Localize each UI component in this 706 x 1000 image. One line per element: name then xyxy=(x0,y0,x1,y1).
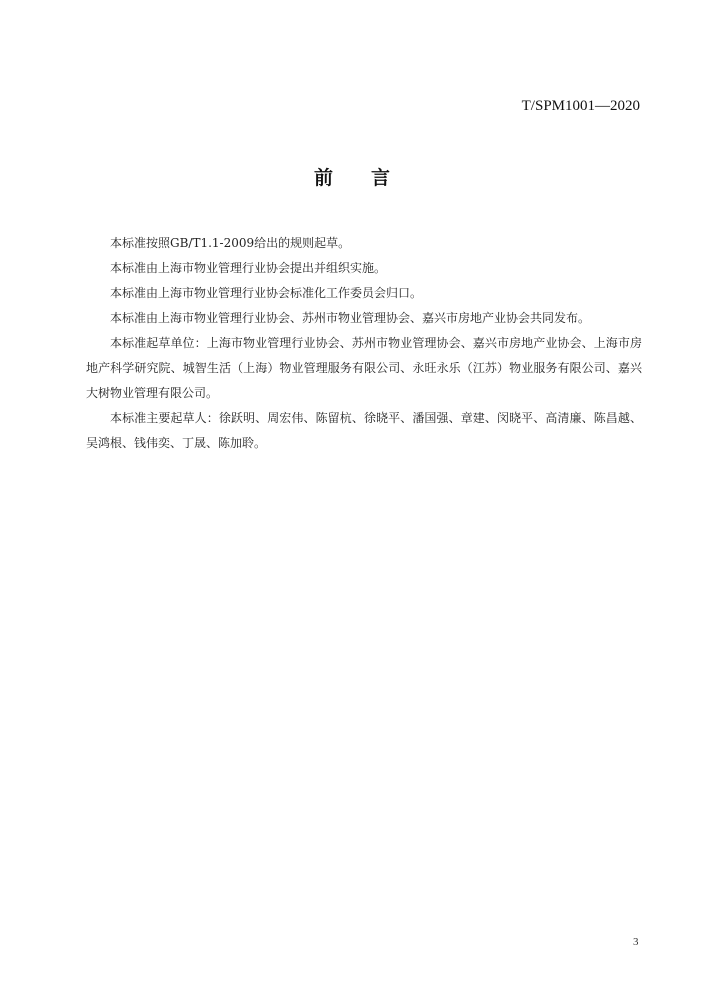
section-title: 前言 xyxy=(0,163,706,190)
foreword-body: 本标准按照GB/T1.1-2009给出的规则起草。 本标准由上海市物业管理行业协… xyxy=(86,231,642,456)
page-number: 3 xyxy=(633,936,639,948)
paragraph-publishers: 本标准由上海市物业管理行业协会、苏州市物业管理协会、嘉兴市房地产业协会共同发布。 xyxy=(86,306,642,331)
paragraph-proposer: 本标准由上海市物业管理行业协会提出并组织实施。 xyxy=(86,256,642,281)
standard-code: T/SPM1001—2020 xyxy=(522,98,640,115)
paragraph-drafting-rules: 本标准按照GB/T1.1-2009给出的规则起草。 xyxy=(86,231,642,256)
title-char-1: 前 xyxy=(314,167,335,189)
paragraph-drafting-units: 本标准起草单位：上海市物业管理行业协会、苏州市物业管理协会、嘉兴市房地产业协会、… xyxy=(86,331,642,406)
paragraph-administrator: 本标准由上海市物业管理行业协会标准化工作委员会归口。 xyxy=(86,281,642,306)
title-char-2: 言 xyxy=(371,167,392,189)
paragraph-drafters: 本标准主要起草人：徐跃明、周宏伟、陈留杭、徐晓平、潘国强、章建、闵晓平、高清廉、… xyxy=(86,406,642,456)
